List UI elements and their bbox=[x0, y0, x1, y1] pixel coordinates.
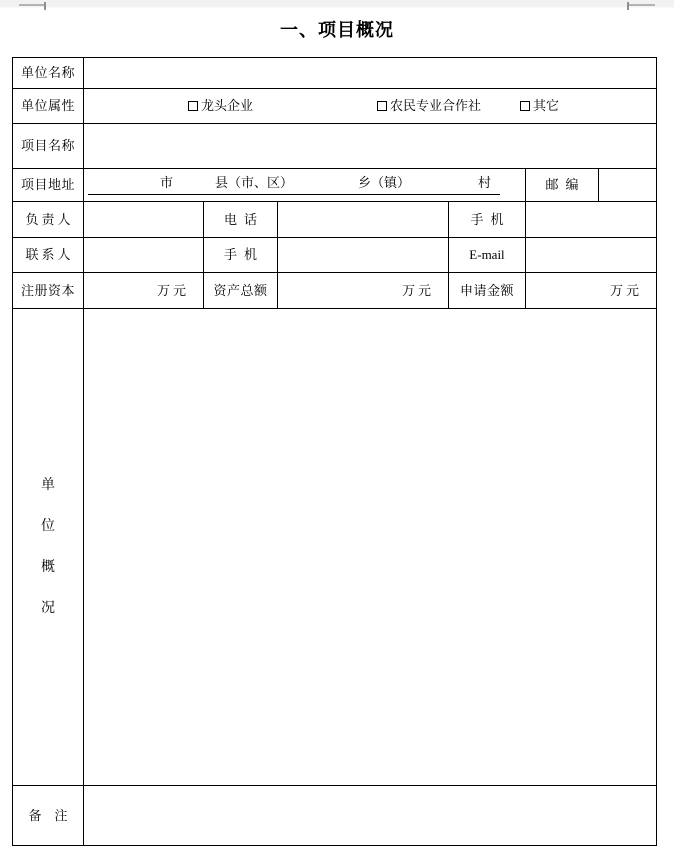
principal-mobile-label: 手机 bbox=[449, 202, 526, 238]
unit-type-label: 单位属性 bbox=[13, 89, 84, 124]
remark-label: 备 注 bbox=[13, 786, 84, 846]
remark-value-cell[interactable] bbox=[84, 786, 657, 846]
contact-email-value-cell[interactable] bbox=[526, 238, 657, 273]
row-principal: 负责人 电话 手机 bbox=[13, 202, 657, 238]
row-unit-overview: 单 位 概 况 bbox=[13, 309, 657, 786]
project-address-label: 项目地址 bbox=[13, 169, 84, 202]
applied-amount-unit-cell[interactable]: 万元 bbox=[526, 273, 657, 309]
option-other[interactable]: 其它 bbox=[520, 98, 559, 114]
page-top-strip bbox=[0, 0, 674, 8]
option-label: 农民专业合作社 bbox=[390, 98, 481, 114]
applied-amount-label: 申请金额 bbox=[449, 273, 526, 309]
principal-value-cell[interactable] bbox=[84, 202, 204, 238]
registered-capital-unit-cell[interactable]: 万元 bbox=[84, 273, 204, 309]
principal-label: 负责人 bbox=[13, 202, 84, 238]
principal-mobile-value-cell[interactable] bbox=[526, 202, 657, 238]
unit-type-options-cell: 龙头企业 农民专业合作社 其它 bbox=[84, 89, 657, 124]
option-leading-enterprise[interactable]: 龙头企业 bbox=[188, 98, 253, 114]
project-name-value-cell[interactable] bbox=[84, 124, 657, 169]
contact-mobile-label: 手机 bbox=[204, 238, 278, 273]
postal-code-label: 邮编 bbox=[526, 169, 599, 202]
option-label: 其它 bbox=[533, 98, 559, 114]
project-name-label: 项目名称 bbox=[13, 124, 84, 169]
crop-mark-top-right bbox=[629, 4, 655, 6]
crop-mark-top-right-tick bbox=[627, 2, 629, 10]
row-project-name: 项目名称 bbox=[13, 124, 657, 169]
registered-capital-label: 注册资本 bbox=[13, 273, 84, 309]
unit-overview-char: 概 bbox=[13, 547, 83, 588]
unit-name-label: 单位名称 bbox=[13, 58, 84, 89]
checkbox-icon[interactable] bbox=[520, 101, 530, 111]
option-label: 龙头企业 bbox=[201, 98, 253, 114]
crop-mark-top-left bbox=[19, 4, 45, 6]
principal-phone-label: 电话 bbox=[204, 202, 278, 238]
row-project-address: 项目地址 市 县（市、区） 乡（镇） 村 邮编 bbox=[13, 169, 657, 202]
address-fill-line[interactable]: 市 县（市、区） 乡（镇） 村 bbox=[88, 175, 500, 195]
unit-overview-label: 单 位 概 况 bbox=[13, 309, 84, 786]
checkbox-icon[interactable] bbox=[377, 101, 387, 111]
postal-code-value-cell[interactable] bbox=[599, 169, 657, 202]
option-farmer-cooperative[interactable]: 农民专业合作社 bbox=[377, 98, 481, 114]
address-seg-village: 村 bbox=[478, 175, 491, 191]
unit-name-value-cell[interactable] bbox=[84, 58, 657, 89]
page-title: 一、项目概况 bbox=[0, 16, 674, 42]
row-unit-name: 单位名称 bbox=[13, 58, 657, 89]
row-unit-type: 单位属性 龙头企业 农民专业合作社 其它 bbox=[13, 89, 657, 124]
unit-overview-char: 况 bbox=[13, 588, 83, 629]
row-finance: 注册资本 万元 资产总额 万元 申请金额 万元 bbox=[13, 273, 657, 309]
checkbox-icon[interactable] bbox=[188, 101, 198, 111]
unit-overview-value-cell[interactable] bbox=[84, 309, 657, 786]
row-remark: 备 注 bbox=[13, 786, 657, 846]
address-seg-town: 乡（镇） bbox=[358, 175, 410, 191]
contact-email-label: E-mail bbox=[449, 238, 526, 273]
contact-mobile-value-cell[interactable] bbox=[278, 238, 449, 273]
project-address-cell[interactable]: 市 县（市、区） 乡（镇） 村 bbox=[84, 169, 526, 202]
total-assets-unit-cell[interactable]: 万元 bbox=[278, 273, 449, 309]
address-seg-city: 市 bbox=[160, 175, 173, 191]
address-seg-county: 县（市、区） bbox=[215, 175, 293, 191]
crop-mark-top-left-tick bbox=[44, 2, 46, 10]
row-contact: 联系人 手机 E-mail bbox=[13, 238, 657, 273]
unit-overview-char: 单 bbox=[13, 465, 83, 506]
unit-overview-char: 位 bbox=[13, 506, 83, 547]
project-overview-table: 单位名称 单位属性 龙头企业 农民专业合作社 其它 bbox=[12, 57, 657, 846]
principal-phone-value-cell[interactable] bbox=[278, 202, 449, 238]
contact-value-cell[interactable] bbox=[84, 238, 204, 273]
total-assets-label: 资产总额 bbox=[204, 273, 278, 309]
contact-label: 联系人 bbox=[13, 238, 84, 273]
